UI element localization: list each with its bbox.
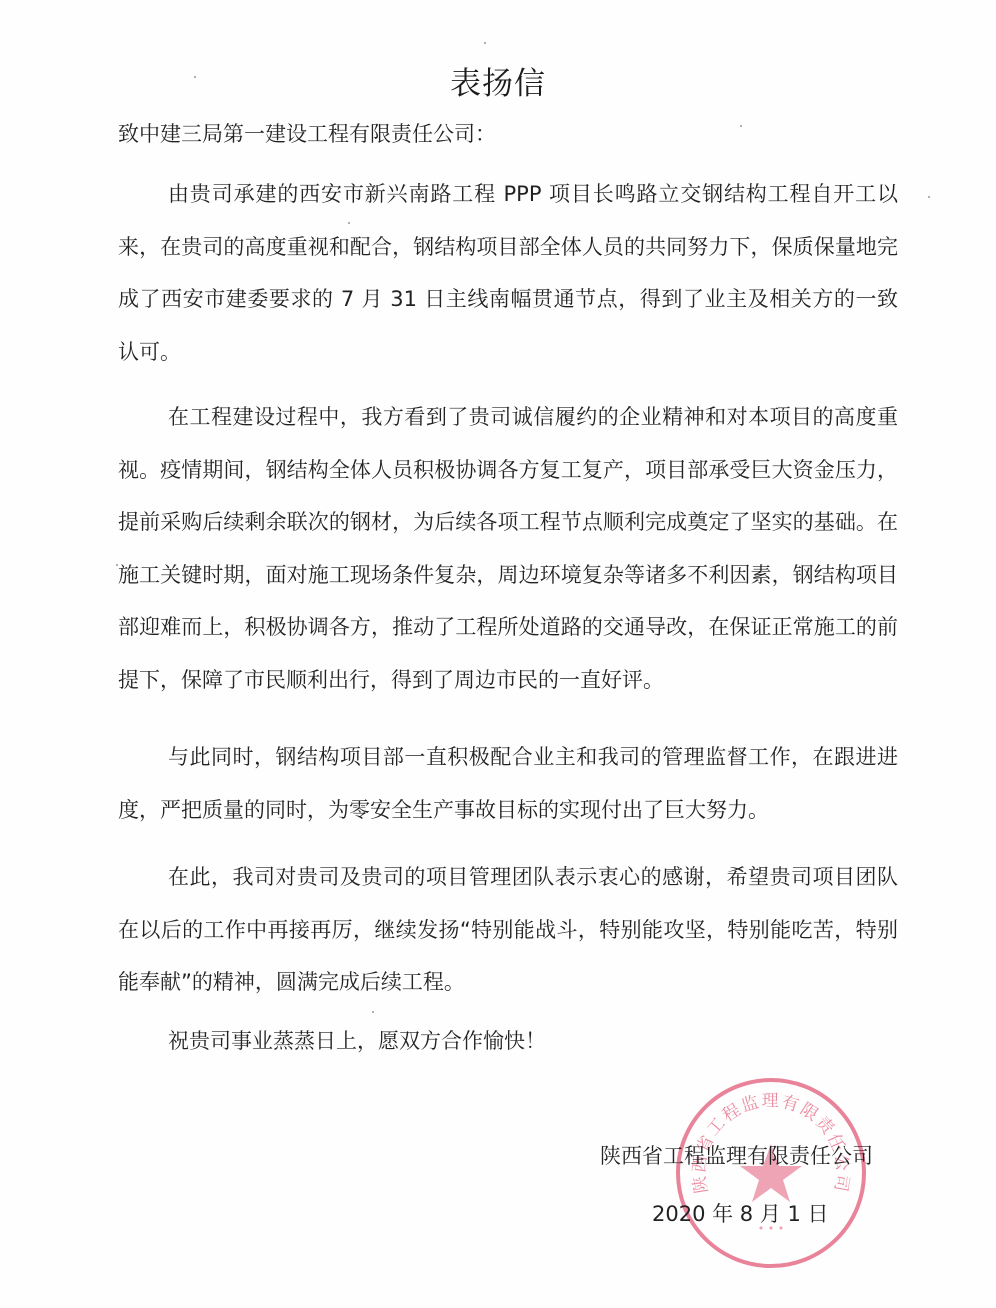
letter-title: 表扬信 — [0, 58, 996, 103]
paragraph-text: 与此同时，钢结构项目部一直积极配合业主和我司的管理监督工作，在跟进进度，严把质量… — [118, 731, 898, 836]
body-paragraph-4: 在此，我司对贵司及贵司的项目管理团队表示衷心的感谢，希望贵司项目团队在以后的工作… — [118, 851, 898, 1009]
seal-star-icon: 陕西省工程监理有限责任公司 • • • — [680, 1082, 862, 1264]
paragraph-text: 在工程建设过程中，我方看到了贵司诚信履约的企业精神和对本项目的高度重视。疫情期间… — [118, 391, 898, 706]
paragraph-text: 在此，我司对贵司及贵司的项目管理团队表示衷心的感谢，希望贵司项目团队在以后的工作… — [118, 851, 898, 1009]
letter-page: 表扬信 致中建三局第一建设工程有限责任公司： 由贵司承建的西安市新兴南路工程 P… — [0, 0, 996, 1308]
scan-speck — [372, 1011, 374, 1013]
body-paragraph-2: 在工程建设过程中，我方看到了贵司诚信履约的企业精神和对本项目的高度重视。疫情期间… — [118, 391, 898, 706]
scan-speck — [928, 196, 930, 198]
scan-speck — [484, 42, 486, 44]
official-seal: 陕西省工程监理有限责任公司 • • • — [676, 1078, 866, 1268]
closing-wish: 祝贵司事业蒸蒸日上，愿双方合作愉快！ — [168, 1025, 546, 1055]
body-paragraph-3: 与此同时，钢结构项目部一直积极配合业主和我司的管理监督工作，在跟进进度，严把质量… — [118, 731, 898, 836]
scan-speck — [740, 125, 742, 127]
signer-organization: 陕西省工程监理有限责任公司 — [600, 1140, 873, 1170]
salutation: 致中建三局第一建设工程有限责任公司： — [118, 118, 496, 148]
body-paragraph-1: 由贵司承建的西安市新兴南路工程 PPP 项目长鸣路立交钢结构工程自开工以来，在贵… — [118, 168, 898, 378]
paragraph-text: 由贵司承建的西安市新兴南路工程 PPP 项目长鸣路立交钢结构工程自开工以来，在贵… — [118, 168, 898, 378]
signature-date: 2020 年 8 月 1 日 — [652, 1198, 829, 1228]
